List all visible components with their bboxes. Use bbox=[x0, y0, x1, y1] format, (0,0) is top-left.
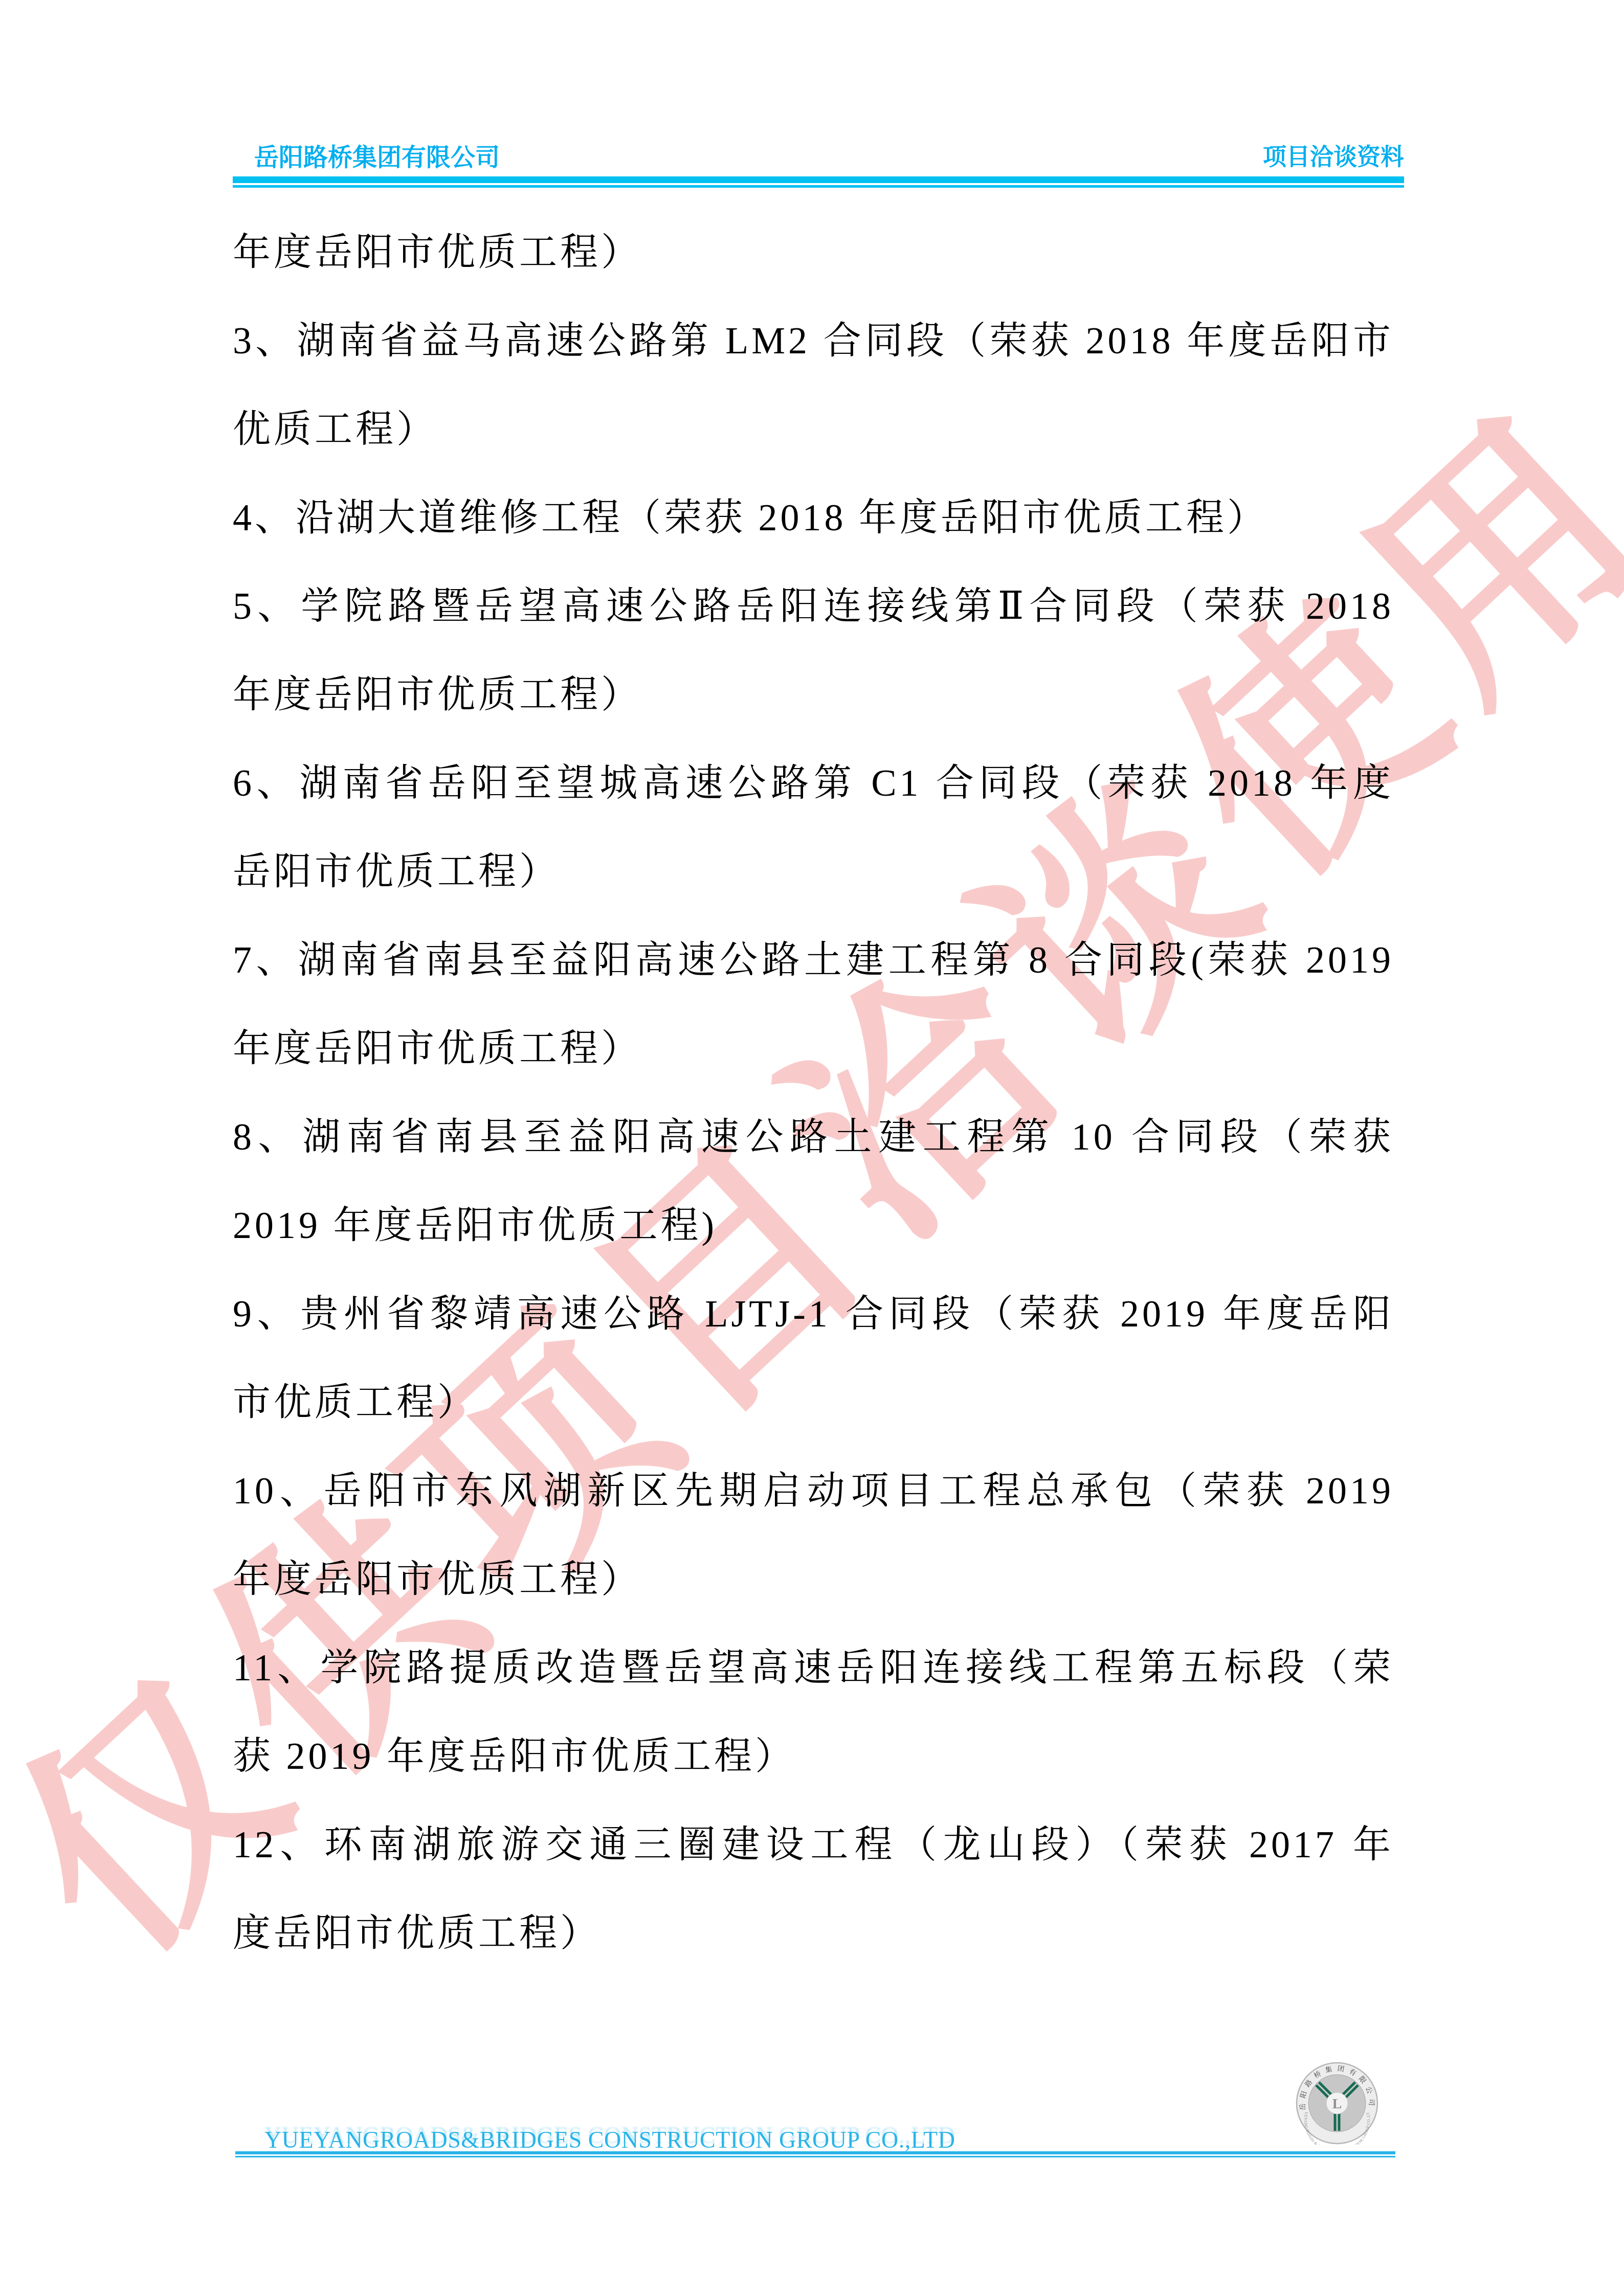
header-rule-thick bbox=[233, 176, 1404, 183]
footer-rule-thick bbox=[235, 2151, 1395, 2154]
body-line: 年度岳阳市优质工程） bbox=[233, 1005, 1394, 1093]
header-rule-thin bbox=[233, 185, 1404, 188]
body-line: 度岳阳市优质工程） bbox=[233, 1889, 1394, 1978]
body-line: 4、沿湖大道维修工程（荣获 2018 年度岳阳市优质工程） bbox=[233, 474, 1394, 562]
company-logo: 岳阳路桥集团有限公司 YUEYANG ROADS & BRIDGES CONST… bbox=[1296, 2062, 1378, 2145]
footer-company-name-en: YUEYANGROADS&BRIDGES CONSTRUCTION GROUP … bbox=[264, 2126, 955, 2153]
header-company-name: 岳阳路桥集团有限公司 bbox=[233, 138, 500, 173]
body-line: 3、湖南省益马高速公路第 LM2 合同段（荣获 2018 年度岳阳市 bbox=[233, 297, 1394, 386]
body-line: 获 2019 年度岳阳市优质工程） bbox=[233, 1713, 1394, 1801]
body-text: 年度岳阳市优质工程）3、湖南省益马高速公路第 LM2 合同段（荣获 2018 年… bbox=[233, 209, 1394, 1978]
body-line: 10、岳阳市东风湖新区先期启动项目工程总承包（荣获 2019 bbox=[233, 1447, 1394, 1536]
body-line: 岳阳市优质工程） bbox=[233, 828, 1394, 916]
body-line: 11、学院路提质改造暨岳望高速岳阳连接线工程第五标段（荣 bbox=[233, 1624, 1394, 1713]
body-line: 8、湖南省南县至益阳高速公路土建工程第 10 合同段（荣获 bbox=[233, 1093, 1394, 1182]
footer-rule-thin bbox=[235, 2156, 1395, 2157]
page-header: 岳阳路桥集团有限公司 项目洽谈资料 bbox=[233, 139, 1404, 171]
body-line: 6、湖南省岳阳至望城高速公路第 C1 合同段（荣获 2018 年度 bbox=[233, 739, 1394, 828]
body-line: 12、环南湖旅游交通三圈建设工程（龙山段）（荣获 2017 年 bbox=[233, 1801, 1394, 1889]
body-line: 年度岳阳市优质工程） bbox=[233, 651, 1394, 739]
body-line: 9、贵州省黎靖高速公路 LJTJ-1 合同段（荣获 2019 年度岳阳 bbox=[233, 1270, 1394, 1359]
logo-letter: L bbox=[1332, 2096, 1342, 2112]
body-line: 市优质工程） bbox=[233, 1359, 1394, 1447]
body-line: 年度岳阳市优质工程） bbox=[233, 1536, 1394, 1624]
header-doc-type: 项目洽谈资料 bbox=[1263, 138, 1404, 172]
body-line: 优质工程） bbox=[233, 386, 1394, 474]
body-line: 7、湖南省南县至益阳高速公路土建工程第 8 合同段(荣获 2019 bbox=[233, 916, 1394, 1005]
body-line: 年度岳阳市优质工程） bbox=[233, 209, 1394, 297]
body-line: 2019 年度岳阳市优质工程) bbox=[233, 1182, 1394, 1270]
body-line: 5、学院路暨岳望高速公路岳阳连接线第Ⅱ合同段（荣获 2018 bbox=[233, 562, 1394, 651]
document-page: 仅供项目洽谈使用 岳阳路桥集团有限公司 项目洽谈资料 年度岳阳市优质工程）3、湖… bbox=[0, 0, 1624, 2296]
